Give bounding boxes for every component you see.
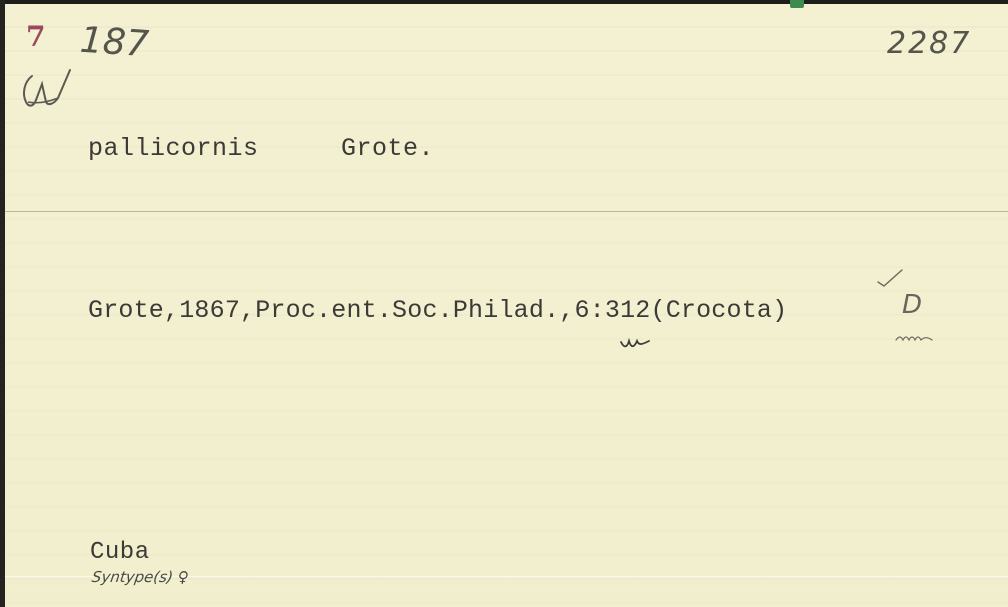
volume-underline-squiggle	[619, 336, 653, 350]
locality: Cuba	[90, 539, 150, 566]
initials-scribble-icon	[20, 62, 80, 112]
citation-line: Grote,1867,Proc.ent.Soc.Philad.,6:312(Cr…	[88, 296, 787, 325]
species-author: Grote.	[341, 134, 434, 163]
green-tab-marker	[790, 0, 804, 8]
species-name: pallicornis	[88, 134, 259, 163]
ruled-divider-line	[5, 211, 1008, 212]
catalog-number: 2287	[887, 26, 971, 61]
letter-d-underline-squiggle	[894, 334, 934, 344]
handwritten-number-mark: 187	[79, 20, 150, 66]
type-status-note: Syntype(s) ♀	[91, 568, 190, 586]
annotation-letter-d: D	[902, 290, 922, 320]
checkmark-icon	[876, 268, 906, 290]
pink-number-mark: 7	[26, 20, 45, 53]
